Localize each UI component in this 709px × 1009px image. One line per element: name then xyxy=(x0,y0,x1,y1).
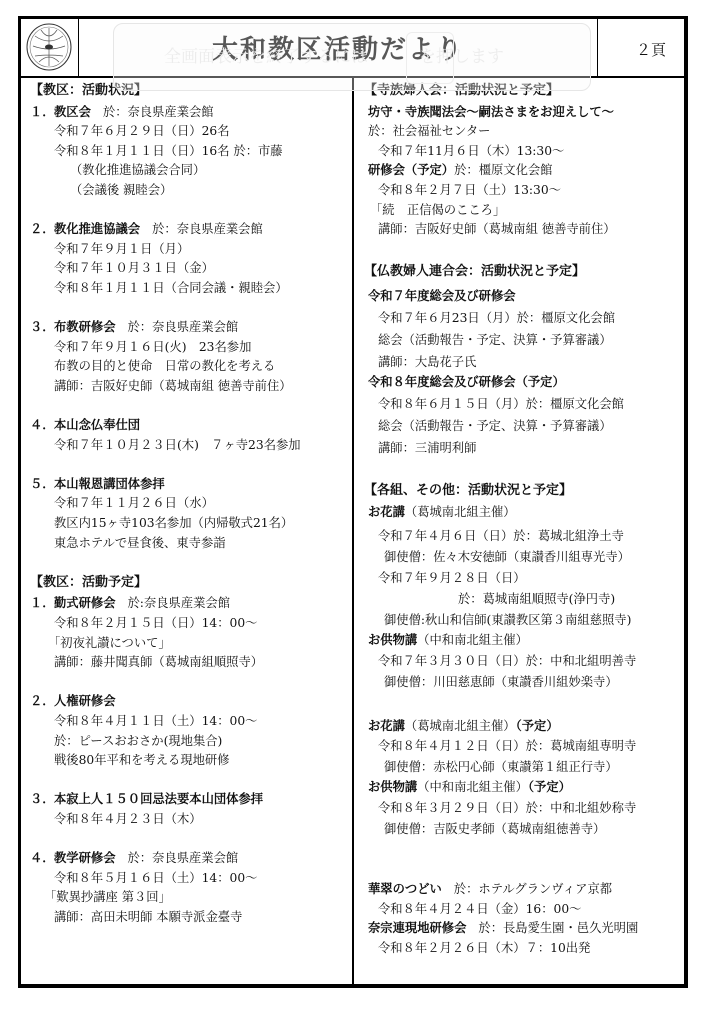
item-subline: （教化推進協議会合同） xyxy=(30,161,348,181)
event-line: 講師：三浦明利師 xyxy=(364,437,686,459)
item-line: 令和７年９月１日（月） xyxy=(30,240,348,260)
event-line: 令和８年６月１５日（月）於：橿原文化会館 xyxy=(364,393,686,415)
item-venue: 於：奈良県産業会館 xyxy=(152,222,263,236)
item-venue: 於：奈良県産業会館 xyxy=(128,851,239,865)
item-line: 講師：高田未明師 本願寺派金臺寺 xyxy=(30,908,348,928)
event-line: 御使僧:秋山和信師(東讃教区第３南組慈照寺) xyxy=(364,610,686,631)
item-2-header: ２．教化推進協議会於：奈良県産業会館 xyxy=(30,220,348,240)
item-5-header: ５．本山報恩講団体参拝 xyxy=(30,475,348,495)
plan-4-header: ４．教学研修会於：奈良県産業会館 xyxy=(30,849,348,869)
item-4-header: ４．本山念仏奉仕団 xyxy=(30,416,348,436)
item-line: 令和８年４月１１日（土）14：00～ xyxy=(30,712,348,732)
item-venue: 於:奈良県産業会館 xyxy=(128,596,231,610)
page-cell: ２頁 xyxy=(599,19,684,76)
naso-header: 奈宗連現地研修会於：長島愛生園・邑久光明園 xyxy=(364,919,686,939)
plan-2-header: ２．人権研修会 xyxy=(30,692,348,712)
item-line: 令和７年１０月３１日（金） xyxy=(30,259,348,279)
item-line: 令和７年１１月２６日（水） xyxy=(30,494,348,514)
okumotsu-1-header: お供物講（中和南北組主催） xyxy=(364,631,686,651)
item-line: 戦後80年平和を考える現地研修 xyxy=(30,751,348,771)
event-title: 令和７年度総会及び研修会 xyxy=(364,285,686,307)
ohanako-2-header: お花講（葛城南北組主催）（予定） xyxy=(364,717,686,737)
item-1-header: １．教区会於：奈良県産業会館 xyxy=(30,103,348,123)
item-line: 東急ホテルで昼食後、東寺参詣 xyxy=(30,534,348,554)
event-lecturer: 講師：吉阪好史師（葛城南組 徳善寺前住） xyxy=(364,220,686,240)
item-line: 令和８年１月１１日（合同会議・親睦会） xyxy=(30,279,348,299)
section-heading-jizoku: 【寺族婦人会：活動状況と予定】 xyxy=(364,81,686,101)
event-line: 総会（活動報告・予定、決算・予算審議） xyxy=(364,415,686,437)
item-line: 講師：吉阪好史師（葛城南組 徳善寺前住） xyxy=(30,377,348,397)
item-title: 布教研修会 xyxy=(54,320,116,334)
event-line: 令和７年４月６日（日）於：葛城北組浄土寺 xyxy=(364,526,686,547)
logo-cell xyxy=(21,19,79,76)
plan-1-header: １．勤式研修会於:奈良県産業会館 xyxy=(30,594,348,614)
item-line: 令和８年４月２３日（木） xyxy=(30,810,348,830)
item-line: 令和８年５月１６日（土）14：00～ xyxy=(30,869,348,889)
right-column: 【寺族婦人会：活動状況と予定】 坊守・寺族聞法会～嗣法さまをお迎えして～ 於：社… xyxy=(364,81,686,958)
event-line: 総会（活動報告・予定、決算・予算審議） xyxy=(364,329,686,351)
event-date: 令和７年11月６日（木）13:30～ xyxy=(364,142,686,162)
event-line: 令和７年９月２８日（日） xyxy=(364,568,686,589)
event-line: 令和８年３月２９日（日）於：中和北組妙称寺 xyxy=(364,798,686,819)
event-2-header: 研修会（予定）於：橿原文化会館 xyxy=(364,161,686,181)
newsletter-title: 大和教区活動だより xyxy=(79,29,597,66)
item-title: 教区会 xyxy=(54,105,91,119)
temple-crest-icon xyxy=(25,22,73,72)
left-column: 【教区：活動状況】 １．教区会於：奈良県産業会館 令和７年６月２９日（日）26名… xyxy=(30,81,348,928)
item-title: 本山報恩講団体参拝 xyxy=(54,477,165,491)
item-line: 令和７年１０月２３日(木) ７ヶ寺23名参加 xyxy=(30,436,348,456)
item-line: 令和８年１月１１日（日）16名 於：市藤 xyxy=(30,142,348,162)
item-line: 教区内15ヶ寺103名参加（内帰敬式21名） xyxy=(30,514,348,534)
event-line: 令和８年４月１２日（日）於：葛城南組専明寺 xyxy=(364,736,686,757)
item-3-header: ３．布教研修会於：奈良県産業会館 xyxy=(30,318,348,338)
item-quote: 「歎異抄講座 第３回」 xyxy=(30,888,348,908)
event-line: 御使僧：赤松円心師（東讃第１組正行寺） xyxy=(364,757,686,778)
event-theme: 「続 正信偈のこころ」 xyxy=(364,201,686,221)
section-heading-status: 【教区：活動状況】 xyxy=(30,81,348,101)
event-line: 御使僧：吉阪史孝師（葛城南組徳善寺） xyxy=(364,819,686,840)
item-title: 教化推進協議会 xyxy=(54,222,140,236)
event-title: 坊守・寺族聞法会～嗣法さまをお迎えして～ xyxy=(364,103,686,123)
event-line: 令和７年３月３０日（日）於：中和北組明善寺 xyxy=(364,651,686,672)
event-line: 御使僧：川田慈恵師（東讃香川組妙楽寺） xyxy=(364,672,686,693)
okumotsu-2-header: お供物講（中和南北組主催）（予定） xyxy=(364,778,686,798)
item-title: 人権研修会 xyxy=(54,694,116,708)
column-divider xyxy=(352,76,354,984)
section-heading-bukkyo: 【仏教婦人連合会：活動状況と予定】 xyxy=(364,262,686,282)
event-line: 講師：大島花子氏 xyxy=(364,351,686,373)
ohanako-1-header: お花講（葛城南北組主催） xyxy=(364,503,686,523)
event-venue: 於：社会福祉センター xyxy=(364,122,686,142)
event-date: 令和８年２月２６日（木）７：10出発 xyxy=(364,939,686,959)
item-line: 講師：藤井聞真師（葛城南組順照寺） xyxy=(30,653,348,673)
event-line: 令和７年６月23日（月）於：橿原文化会館 xyxy=(364,307,686,329)
event-title: 令和８年度総会及び研修会（予定） xyxy=(364,373,686,393)
item-line: 布教の目的と使命 日常の教化を考える xyxy=(30,357,348,377)
kasui-header: 華翠のつどい於：ホテルグランヴィア京都 xyxy=(364,880,686,900)
item-venue: 於：奈良県産業会館 xyxy=(128,320,239,334)
item-line: 令和７年９月１６日(火) 23名参加 xyxy=(30,338,348,358)
item-title: 勤式研修会 xyxy=(54,596,116,610)
event-date: 令和８年４月２４日（金）16：00～ xyxy=(364,900,686,920)
page-number: ２頁 xyxy=(636,39,666,60)
event-line: 於：葛城南組順照寺(浄円寺) xyxy=(364,589,686,610)
event-date: 令和８年２月７日（土）13:30～ xyxy=(364,181,686,201)
item-title: 本寂上人１５０回忌法要本山団体参拝 xyxy=(54,792,263,806)
item-line: 「初夜礼讃について」 xyxy=(30,634,348,654)
plan-3-header: ３．本寂上人１５０回忌法要本山団体参拝 xyxy=(30,790,348,810)
item-line: 令和７年６月２９日（日）26名 xyxy=(30,122,348,142)
item-venue: 於：奈良県産業会館 xyxy=(103,105,214,119)
header: 大和教区活動だより ２頁 xyxy=(21,19,684,78)
item-title: 教学研修会 xyxy=(54,851,116,865)
title-cell: 大和教区活動だより xyxy=(79,19,598,76)
section-heading-plans: 【教区：活動予定】 xyxy=(30,573,348,593)
item-title: 本山念仏奉仕団 xyxy=(54,418,140,432)
item-line: 令和８年２月１５日（日）14：00～ xyxy=(30,614,348,634)
event-line: 御使僧：佐々木安徳師（東讃香川組専光寺） xyxy=(364,547,686,568)
item-subline: （会議後 親睦会） xyxy=(30,181,348,201)
item-line: 於：ピースおおさか(現地集合) xyxy=(30,732,348,752)
newsletter-page: 大和教区活動だより ２頁 【教区：活動状況】 １．教区会於：奈良県産業会館 令和… xyxy=(18,16,688,988)
section-heading-kakukumi: 【各組、その他：活動状況と予定】 xyxy=(364,481,686,501)
